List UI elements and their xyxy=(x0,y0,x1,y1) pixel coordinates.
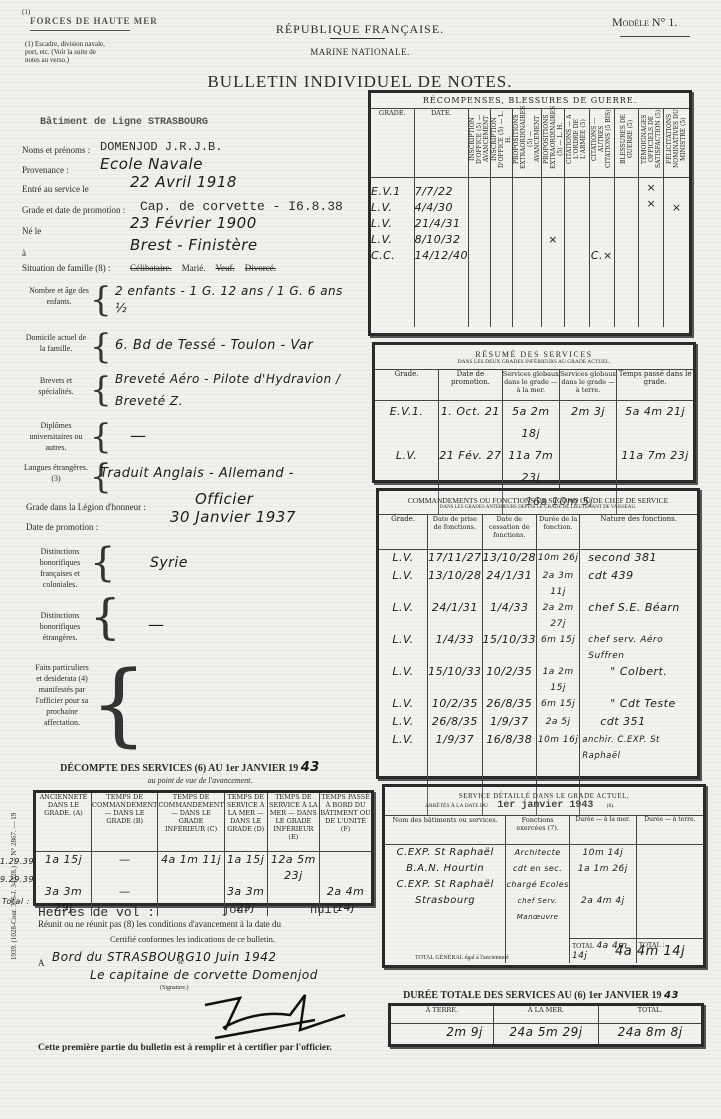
table-row: 1a 15j — 4a 1m 11j 1a 15j 12a 5m 23j xyxy=(36,851,371,884)
decompte-year: 43 xyxy=(301,760,320,775)
table-cell: 1/9/37 xyxy=(482,714,536,732)
rewards-title: RÉCOMPENSES, BLESSURES DE GUERRE. xyxy=(371,93,689,109)
family-option-single: Célibataire. xyxy=(130,263,172,273)
place-label: à xyxy=(22,248,26,258)
table-cell: C.EXP. St Raphaël xyxy=(385,877,506,893)
table-cell: chef S.E. Béarn xyxy=(580,600,697,632)
col-header-date: DATE. xyxy=(414,109,468,177)
reward-date: 14/12/40 xyxy=(415,248,468,264)
col-header-wounds: Blessures de guerre (5) xyxy=(620,109,634,169)
col-header-grade: GRADE. xyxy=(371,109,414,177)
wishes-label: Faits particuliers et desiderata (4) man… xyxy=(32,662,92,728)
col-header-function: Fonctions exercées (7). xyxy=(506,816,570,844)
table-cell: L.V. xyxy=(379,549,428,568)
total-duration-title-text: DURÉE TOTALE DES SERVICES AU (6) 1er JAN… xyxy=(403,990,661,1001)
table-cell: 1/4/33 xyxy=(482,600,536,632)
table-cell: — xyxy=(92,851,158,884)
family-options: Célibataire. Marié. Veuf. Divorcé. xyxy=(130,263,276,273)
divider xyxy=(30,30,130,31)
detailed-title: SERVICE DÉTAILLÉ DANS LE GRADE ACTUEL, xyxy=(385,787,703,800)
table-row: L.V.15/10/3310/2/351a 2m 15j" Colbert. xyxy=(379,664,697,696)
table-cell: 1a 1m 26j xyxy=(569,861,636,877)
table-cell xyxy=(569,877,636,893)
col-header-end: Date de cessation de fonctions. xyxy=(482,515,536,549)
entry-label: Entré au service le xyxy=(22,184,89,194)
table-cell: Architecte xyxy=(506,844,570,861)
signature-mark xyxy=(195,990,355,1050)
col-header-congratulations: Félicitations nominatives du Ministre (5… xyxy=(666,109,687,169)
reward-mark: × xyxy=(664,200,689,216)
table-cell: 2a 4m 4j xyxy=(569,893,636,925)
signer-name: Le capitaine de corvette Domenjod xyxy=(90,968,318,982)
table-cell: 15/10/33 xyxy=(428,664,482,696)
table-cell: 1a 15j xyxy=(36,851,92,884)
table-cell: 4a 1m 11j xyxy=(158,851,224,884)
grand-total-value: 4a 4m 14j xyxy=(615,944,685,959)
reward-grade: L.V. xyxy=(371,216,414,232)
row-label: Total : xyxy=(2,897,30,906)
family-option-widowed: Veuf. xyxy=(215,263,234,273)
name-value: DOMENJOD J.R.J.B. xyxy=(100,140,222,154)
brace: { xyxy=(90,660,147,750)
detailed-service-table: SERVICE DÉTAILLÉ DANS LE GRADE ACTUEL, A… xyxy=(382,784,706,968)
resume-title: RÉSUMÉ DES SERVICES xyxy=(375,345,693,359)
model-number: Modèle N° 1. xyxy=(612,15,677,30)
col-header-command-lower: TEMPS DE COMMANDEMENT — dans le grade in… xyxy=(158,793,224,851)
promo-label: Date de promotion : xyxy=(26,522,98,532)
signature-label: (Signature.) xyxy=(160,985,189,991)
detail-value-languages: Traduit Anglais - Allemand - xyxy=(100,466,370,481)
detailed-date: 1er janvier 1943 xyxy=(489,800,593,811)
page-title: BULLETIN INDIVIDUEL DE NOTES. xyxy=(190,72,530,92)
commands-title: COMMANDEMENTS OU FONCTIONS DE SECOND OU … xyxy=(379,491,697,505)
table-cell: 21 Fév. 27 xyxy=(439,445,503,490)
decompte-subtitle: au point de vue de l'avancement. xyxy=(100,776,300,785)
born-label: Né le xyxy=(22,226,41,236)
brace: { xyxy=(90,330,112,364)
reward-grade: L.V. xyxy=(371,232,414,248)
table-cell: 13/10/28 xyxy=(428,568,482,600)
col-header-sea: À LA MER. xyxy=(493,1006,598,1023)
footer-note: Cette première partie du bulletin est à … xyxy=(38,1043,332,1053)
table-row: L.V. 21 Fév. 27 11a 7m 23j 11a 7m 23j xyxy=(375,445,693,490)
total-all-value: 24a 8m 8j xyxy=(599,1023,701,1044)
table-row: Strasbourgchef Serv. Manœuvre2a 4m 4j xyxy=(385,893,703,925)
brace: { xyxy=(90,420,112,454)
reward-date: 4/4/30 xyxy=(415,200,468,216)
rewards-table: RÉCOMPENSES, BLESSURES DE GUERRE. GRADE.… xyxy=(368,90,692,336)
decompte-table: ANCIENNETÉ dans LE GRADE. (A) TEMPS DE C… xyxy=(33,790,374,906)
total-duration-title: DURÉE TOTALE DES SERVICES AU (6) 1er JAN… xyxy=(382,990,700,1001)
certified-text: Certifié conformes les indications de ce… xyxy=(110,934,275,944)
col-header-nature: Nature des fonctions. xyxy=(580,515,697,549)
table-cell xyxy=(158,884,224,916)
table-cell: 15/10/33 xyxy=(482,632,536,664)
col-header-onboard: TEMPS PASSÉ à bord du bâtiment ou de l'u… xyxy=(320,793,371,851)
table-cell xyxy=(636,893,703,925)
reward-mark: × xyxy=(542,232,563,248)
col-header-sea-lower: TEMPS DE SERVICE À LA MER — dans le grad… xyxy=(267,793,320,851)
table-cell: 24/1/31 xyxy=(428,600,482,632)
table-cell xyxy=(636,861,703,877)
commands-table: COMMANDEMENTS OU FONCTIONS DE SECOND OU … xyxy=(376,488,700,779)
col-header-prop-lh: Propositions extraordinaires (5) — L. H. xyxy=(543,109,564,169)
entry-value: 22 Avril 1918 xyxy=(130,173,237,191)
table-cell: 2a 5j xyxy=(536,714,579,732)
reward-mark: C.× xyxy=(590,248,614,264)
grade-value: Cap. de corvette - I6.8.38 xyxy=(140,199,343,214)
table-cell: 2m 3j xyxy=(559,400,616,445)
table-row: C.EXP. St Raphaëlchargé Ecoles xyxy=(385,877,703,893)
divider xyxy=(330,38,385,39)
table-cell xyxy=(636,877,703,893)
family-option-married: Marié. xyxy=(182,263,206,273)
table-cell xyxy=(636,844,703,861)
republic-heading: RÉPUBLIQUE FRANÇAISE. xyxy=(230,22,490,37)
detail-label-home: Domicile actuel de la famille. xyxy=(22,332,90,354)
table-row: B.A.N. Hourtincdt en sec.1a 1m 26j xyxy=(385,861,703,877)
table-cell: 1/9/37 xyxy=(428,732,482,764)
table-cell: 2a 3m 11j xyxy=(536,568,579,600)
grade-label: Grade et date de promotion : xyxy=(22,205,125,215)
resume-subtitle: DANS LES DEUX GRADES INFÉRIEURS AU GRADE… xyxy=(375,359,693,370)
reward-mark: × xyxy=(639,180,663,196)
grand-total-label: TOTAL GÉNÉRAL égal à l'ancienneté xyxy=(415,955,509,961)
commands-subtitle: DANS LES GRADES ANTÉRIEURS DEPUIS LE GRA… xyxy=(379,505,697,515)
table-cell: 1/4/33 xyxy=(428,632,482,664)
born-value: 23 Février 1900 xyxy=(130,214,257,232)
col-header-time-in-grade: Temps passé dans le grade. xyxy=(617,370,693,400)
note-marker: (1) xyxy=(22,8,30,16)
col-header-inscr-lh: Inscription d'office (5) — L. H. xyxy=(491,109,512,169)
table-cell: C.EXP. St Raphaël xyxy=(385,844,506,861)
col-header-satisfaction: Témoignages officiels de satisfaction (5… xyxy=(641,109,662,169)
detailed-arrete: ARRÊTÉS À LA DATE DU 1er janvier 1943 (8… xyxy=(385,800,703,816)
navy-heading: MARINE NATIONALE. xyxy=(250,47,470,57)
legion-label: Grade dans la Légion d'honneur : xyxy=(26,502,146,512)
table-row: L.V.13/10/2824/1/312a 3m 11jcdt 439 xyxy=(379,568,697,600)
ship-name: Bâtiment de Ligne STRASBOURG xyxy=(40,117,208,128)
table-row: L.V.1/4/3315/10/336m 15jchef serv. Aéro … xyxy=(379,632,697,664)
col-header-citation-other: Citations — autres citations (5 bis) xyxy=(591,109,612,169)
table-cell: " Colbert. xyxy=(580,664,697,696)
table-cell: L.V. xyxy=(379,732,428,764)
table-row: L.V.24/1/311/4/332a 2m 27jchef S.E. Béar… xyxy=(379,600,697,632)
table-cell: Strasbourg xyxy=(385,893,506,925)
french-honors-label: Distinctions honorifiques françaises et … xyxy=(28,546,92,590)
col-header-start: Date de prise de fonctions. xyxy=(428,515,482,549)
flight-hours-label: Heures de vol : xyxy=(38,905,155,920)
table-cell: L.V. xyxy=(379,664,428,696)
table-row: L.V.1/9/3716/8/3810m 16janchir. C.EXP. S… xyxy=(379,732,697,764)
table-cell: L.V. xyxy=(379,714,428,732)
col-header-grade: Grade. xyxy=(379,515,428,549)
col-header-sea: Services globaux dans le grade — à la me… xyxy=(502,370,559,400)
table-row: L.V.17/11/2713/10/2810m 26jsecond 381 xyxy=(379,549,697,568)
reward-date: 8/10/32 xyxy=(415,232,468,248)
table-cell: 1a 2m 15j xyxy=(536,664,579,696)
certification-place: Bord du STRASBOURG xyxy=(52,950,195,964)
table-cell: 16/8/38 xyxy=(482,732,536,764)
table-row: L.V.26/8/351/9/372a 5jcdt 351 xyxy=(379,714,697,732)
flight-day-label: jour xyxy=(222,903,251,917)
table-cell: 1. Oct. 21 xyxy=(439,400,503,445)
total-duration-year: 43 xyxy=(664,990,679,1001)
table-cell: 13/10/28 xyxy=(482,549,536,568)
col-header-sea: Durée — à la mer. xyxy=(569,816,636,844)
col-header-sea-grade: TEMPS DE SERVICE À LA MER — dans le grad… xyxy=(224,793,267,851)
total-sea-label: TOTAL xyxy=(572,942,594,950)
table-cell: 10m 14j xyxy=(569,844,636,861)
table-cell: L.V. xyxy=(379,568,428,600)
detail-value-diplomas: — xyxy=(130,426,147,445)
table-cell: 17/11/27 xyxy=(428,549,482,568)
brace: { xyxy=(90,373,112,407)
col-header-land: Durée — à terre. xyxy=(636,816,703,844)
table-cell: cdt 351 xyxy=(580,714,697,732)
table-cell: B.A.N. Hourtin xyxy=(385,861,506,877)
divider xyxy=(620,36,690,37)
table-cell: 6m 15j xyxy=(536,696,579,714)
row-label: 1.29.39 xyxy=(0,857,34,866)
resume-table: RÉSUMÉ DES SERVICES DANS LES DEUX GRADES… xyxy=(372,342,696,483)
table-cell: L.V. xyxy=(379,600,428,632)
family-option-divorced: Divorcé. xyxy=(245,263,276,273)
header-footnote: (1) Escadre, division navale, port, etc.… xyxy=(25,40,105,64)
flight-night-label: nuit xyxy=(310,903,339,917)
table-cell: L.V. xyxy=(379,696,428,714)
family-label: Situation de famille (8) : xyxy=(22,263,110,273)
reward-date: 21/4/31 xyxy=(415,216,468,232)
reward-grade: E.V.1 xyxy=(371,184,414,200)
reward-mark: × xyxy=(639,196,663,212)
reward-grade: L.V. xyxy=(371,200,414,216)
col-header-inscr-adv: Inscription d'office (5) — Avancement xyxy=(469,109,490,169)
table-cell: 5a 2m 18j xyxy=(502,400,559,445)
date-prefix: le xyxy=(178,957,184,966)
table-cell: 10m 26j xyxy=(536,549,579,568)
table-cell: 11a 7m 23j xyxy=(617,445,693,490)
detail-label-children: Nombre et âge des enfants. xyxy=(28,285,90,307)
detail-label-languages: Langues étrangères. (3) xyxy=(22,462,90,484)
table-cell: L.V. xyxy=(379,632,428,664)
detailed-note: (8). xyxy=(595,803,615,809)
detail-value-patents: Breveté Aéro - Pilote d'Hydravion / Brev… xyxy=(115,368,365,412)
foreign-honors-value: — xyxy=(148,615,165,634)
table-row: E.V.1. 1. Oct. 21 5a 2m 18j 2m 3j 5a 4m … xyxy=(375,400,693,445)
french-honors-value: Syrie xyxy=(150,555,188,571)
col-header-seniority: ANCIENNETÉ dans LE GRADE. (A) xyxy=(36,793,92,851)
col-header-land: Services globaux dans le grade — à terre… xyxy=(559,370,616,400)
col-header-promo-date: Date de promotion. xyxy=(439,370,503,400)
brace: { xyxy=(90,600,121,634)
table-cell: chef serv. Aéro Suffren xyxy=(580,632,697,664)
decompte-title-text: DÉCOMPTE DES SERVICES (6) AU 1er JANVIER… xyxy=(60,763,298,774)
origin-value: Ecole Navale xyxy=(100,155,203,173)
table-row: C.EXP. St RaphaëlArchitecte10m 14j xyxy=(385,844,703,861)
name-label: Noms et prénoms : xyxy=(22,145,90,155)
table-cell: " Cdt Teste xyxy=(580,696,697,714)
table-cell xyxy=(320,851,371,884)
detail-value-home: 6. Bd de Tessé - Toulon - Var xyxy=(115,338,365,353)
total-sea-value: 24a 5m 29j xyxy=(493,1023,598,1044)
table-cell: chef Serv. Manœuvre xyxy=(506,893,570,925)
table-cell: 10m 16j xyxy=(536,732,579,764)
table-cell: 26/8/35 xyxy=(482,696,536,714)
table-cell: second 381 xyxy=(580,549,697,568)
table-cell: 11a 7m 23j xyxy=(502,445,559,490)
col-header-total: TOTAL. xyxy=(599,1006,701,1023)
detail-label-diplomas: Diplômes universitaires ou autres. xyxy=(22,420,90,453)
table-cell: 12a 5m 23j xyxy=(267,851,320,884)
reward-grade: C.C. xyxy=(371,248,414,264)
table-cell: 5a 4m 21j xyxy=(617,400,693,445)
row-label: 9.29.39 xyxy=(0,875,34,884)
table-cell: 26/8/35 xyxy=(428,714,482,732)
table-cell: 1a 15j xyxy=(224,851,267,884)
col-header-land: À TERRE. xyxy=(391,1006,493,1023)
col-header-citation-army: Citations — à l'ordre de l'armée (5) xyxy=(566,109,587,169)
table-cell: 24/1/31 xyxy=(482,568,536,600)
side-print-code: 1939. (1028-Cour. 375-J. 34528.) — N° 28… xyxy=(10,813,18,960)
table-cell: 2a 2m 27j xyxy=(536,600,579,632)
col-header-prop-adv: Propositions extraordinaires (5) — Avanc… xyxy=(513,109,541,169)
col-header-duration: Durée de la fonction. xyxy=(536,515,579,549)
decompte-title: DÉCOMPTE DES SERVICES (6) AU 1er JANVIER… xyxy=(60,760,320,775)
certification-date: 10 Juin 1942 xyxy=(195,950,277,964)
table-cell: anchir. C.EXP. St Raphaël xyxy=(580,732,697,764)
detail-label-patents: Brevets et spécialités. xyxy=(22,375,90,397)
detailed-arrete-label: ARRÊTÉS À LA DATE DU xyxy=(425,803,488,809)
col-header-ship: Nom des bâtiments ou services. xyxy=(385,816,506,844)
table-row: L.V.10/2/3526/8/356m 15j" Cdt Teste xyxy=(379,696,697,714)
origin-label: Provenance : xyxy=(22,165,69,175)
total-duration-table: À TERRE. À LA MER. TOTAL. 2m 9j 24a 5m 2… xyxy=(388,1003,704,1047)
unit-stamp: FORCES DE HAUTE MER xyxy=(30,16,158,26)
brace: { xyxy=(90,283,112,317)
conditions-text: Réunit ou ne réunit pas (8) les conditio… xyxy=(38,919,281,929)
table-cell: L.V. xyxy=(375,445,439,490)
table-cell: 6m 15j xyxy=(536,632,579,664)
table-cell: cdt en sec. xyxy=(506,861,570,877)
table-cell: 10/2/35 xyxy=(428,696,482,714)
table-cell: E.V.1. xyxy=(375,400,439,445)
table-cell: 10/2/35 xyxy=(482,664,536,696)
detail-value-children: 2 enfants - 1 G. 12 ans / 1 G. 6 ans ½ xyxy=(115,283,355,317)
col-header-command-grade: TEMPS DE COMMANDEMENT — dans le grade (B… xyxy=(92,793,158,851)
table-cell: cdt 439 xyxy=(580,568,697,600)
legion-value: Officier xyxy=(195,490,253,508)
reward-date: 7/7/22 xyxy=(415,184,468,200)
col-header-grade: Grade. xyxy=(375,370,439,400)
place-value: Brest - Finistère xyxy=(130,236,258,254)
promo-value: 30 Janvier 1937 xyxy=(170,508,296,526)
total-land-value: 2m 9j xyxy=(391,1023,493,1044)
place-prefix: A xyxy=(38,958,45,968)
foreign-honors-label: Distinctions honorifiques étrangères. xyxy=(28,610,92,643)
table-cell: chargé Ecoles xyxy=(506,877,570,893)
table-cell xyxy=(559,445,616,490)
brace: { xyxy=(90,546,115,580)
